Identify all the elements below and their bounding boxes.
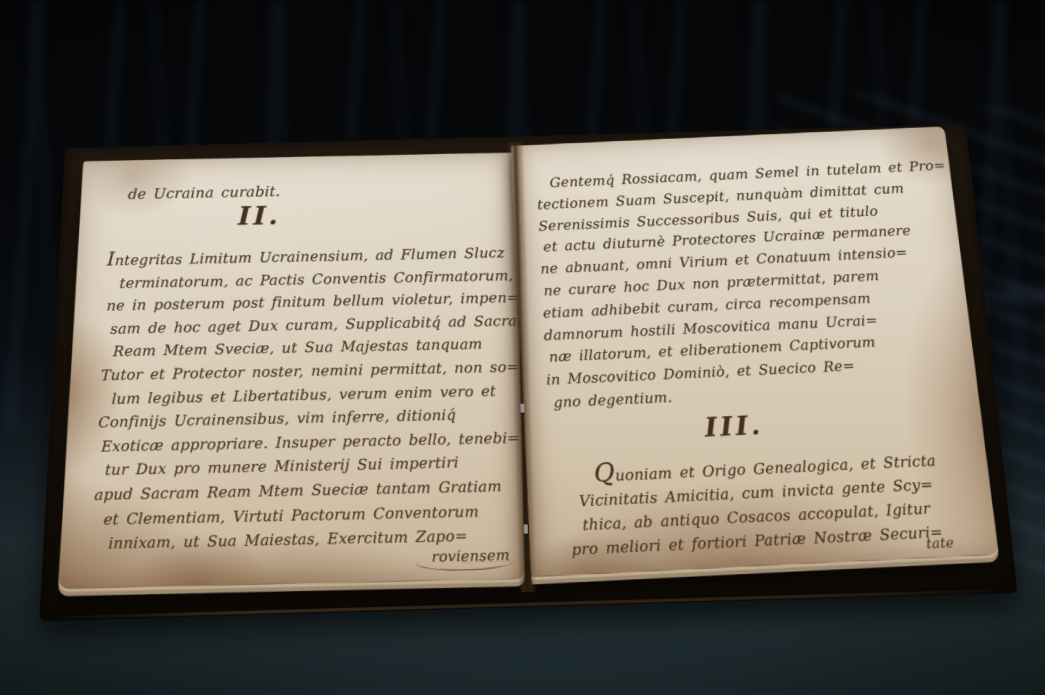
catchword-right: tate	[925, 535, 954, 552]
right-page-text-after: Quoniam et Origo Genealogica, et Stricta…	[567, 443, 981, 562]
catchword-left: roviensem	[432, 547, 510, 566]
section-heading-ii: II.	[238, 202, 281, 232]
section-heading-iii: III.	[704, 411, 765, 444]
left-page-text: Integritas Limitum Ucrainensium, ad Flum…	[91, 240, 509, 557]
stitch-mark	[524, 525, 528, 535]
page-left: de Ucraina curabit. II. Integritas Limit…	[58, 152, 524, 588]
museum-display-photo: de Ucraina curabit. II. Integritas Limit…	[0, 0, 1045, 695]
right-page-text: Gentemq́ Rossiacam, quam Semel in tutela…	[536, 156, 963, 415]
stitch-mark	[520, 403, 524, 412]
manuscript-book: de Ucraina curabit. II. Integritas Limit…	[59, 132, 1000, 597]
intro-line: de Ucraina curabit.	[128, 183, 281, 203]
page-right: Gentemq́ Rossiacam, quam Semel in tutela…	[511, 126, 999, 577]
